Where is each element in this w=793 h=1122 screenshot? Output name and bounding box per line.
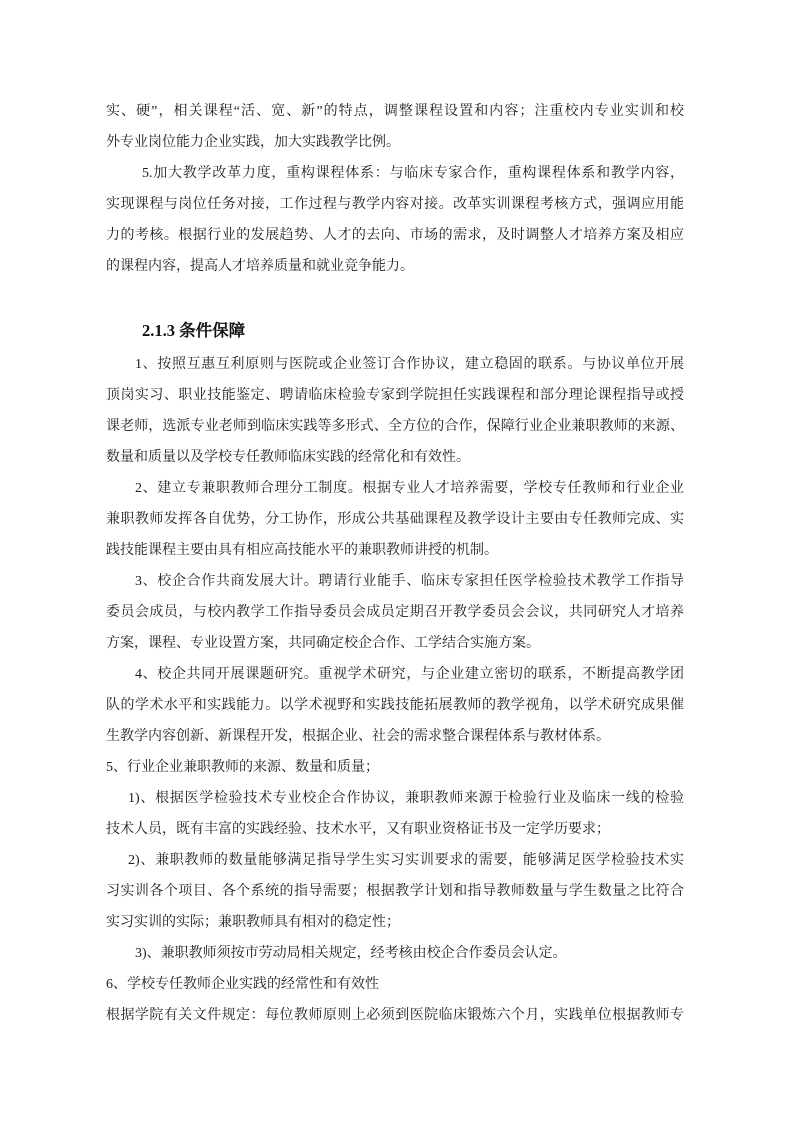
text-line: 习实训各个项目、各个系统的指导需要；根据教学计划和指导教师数量与学生数量之比符合 — [106, 876, 684, 907]
paragraph: 2)、兼职教师的数量能够满足指导学生实习实训要求的需要，能够满足医学检验技术实习… — [106, 845, 684, 938]
text-line: 5.加大教学改革力度，重构课程体系：与临床专家合作，重构课程体系和教学内容， — [106, 158, 684, 189]
text-line: 生教学内容创新、新课程开发，根据企业、社会的需求整合课程体系与教材体系。 — [106, 721, 684, 752]
text-line: 实现课程与岗位任务对接，工作过程与教学内容对接。改革实训课程考核方式，强调应用能 — [106, 189, 684, 220]
paragraph: 根据学院有关文件规定：每位教师原则上必须到医院临床锻炼六个月，实践单位根据教师专 — [106, 1000, 684, 1031]
text-line: 2、建立专兼职教师合理分工制度。根据专业人才培养需要，学校专任教师和行业企业 — [106, 473, 684, 504]
text-line: 外专业岗位能力企业实践，加大实践教学比例。 — [106, 127, 684, 158]
text-line: 实习实训的实际；兼职教师具有相对的稳定性； — [106, 907, 684, 938]
text-line: 队的学术水平和实践能力。以学术视野和实践技能拓展教师的教学视角，以学术研究成果催 — [106, 690, 684, 721]
text-line: 1、按照互惠互利原则与医院或企业签订合作协议，建立稳固的联系。与协议单位开展 — [106, 349, 684, 380]
text-line: 3)、兼职教师须按市劳动局相关规定，经考核由校企合作委员会认定。 — [106, 938, 684, 969]
document-page: 实、硬”，相关课程“活、宽、新”的特点，调整课程设置和内容；注重校内专业实训和校… — [0, 0, 793, 1122]
paragraph: 3、校企合作共商发展大计。聘请行业能手、临床专家担任医学检验技术教学工作指导委员… — [106, 566, 684, 659]
paragraph: 1、按照互惠互利原则与医院或企业签订合作协议，建立稳固的联系。与协议单位开展顶岗… — [106, 349, 684, 473]
paragraph: 5.加大教学改革力度，重构课程体系：与临床专家合作，重构课程体系和教学内容，实现… — [106, 158, 684, 282]
text-line: 5、行业企业兼职教师的来源、数量和质量； — [106, 752, 684, 783]
text-line: 4、校企共同开展课题研究。重视学术研究，与企业建立密切的联系，不断提高教学团 — [106, 659, 684, 690]
paragraph: 5、行业企业兼职教师的来源、数量和质量； — [106, 752, 684, 783]
text-line: 方案，课程、专业设置方案，共同确定校企合作、工学结合实施方案。 — [106, 628, 684, 659]
paragraph: 2、建立专兼职教师合理分工制度。根据专业人才培养需要，学校专任教师和行业企业兼职… — [106, 473, 684, 566]
text-line: 践技能课程主要由具有相应高技能水平的兼职教师讲授的机制。 — [106, 535, 684, 566]
text-line: 兼职教师发挥各自优势，分工协作，形成公共基础课程及教学设计主要由专任教师完成、实 — [106, 504, 684, 535]
text-line: 根据学院有关文件规定：每位教师原则上必须到医院临床锻炼六个月，实践单位根据教师专 — [106, 1000, 684, 1031]
text-line: 课老师，选派专业老师到临床实践等多形式、全方位的合作，保障行业企业兼职教师的来源… — [106, 411, 684, 442]
paragraph: 3)、兼职教师须按市劳动局相关规定，经考核由校企合作委员会认定。 — [106, 938, 684, 969]
text-line: 的课程内容，提高人才培养质量和就业竞争能力。 — [106, 251, 684, 282]
paragraph: 1)、根据医学检验技术专业校企合作协议，兼职教师来源于检验行业及临床一线的检验技… — [106, 783, 684, 845]
paragraph: 4、校企共同开展课题研究。重视学术研究，与企业建立密切的联系，不断提高教学团队的… — [106, 659, 684, 752]
text-line: 3、校企合作共商发展大计。聘请行业能手、临床专家担任医学检验技术教学工作指导 — [106, 566, 684, 597]
text-line: 顶岗实习、职业技能鉴定、聘请临床检验专家到学院担任实践课程和部分理论课程指导或授 — [106, 380, 684, 411]
text-content: 实、硬”，相关课程“活、宽、新”的特点，调整课程设置和内容；注重校内专业实训和校… — [106, 96, 684, 1031]
paragraph: 实、硬”，相关课程“活、宽、新”的特点，调整课程设置和内容；注重校内专业实训和校… — [106, 96, 684, 158]
text-line: 技术人员，既有丰富的实践经验、技术水平，又有职业资格证书及一定学历要求； — [106, 814, 684, 845]
text-line: 委员会成员，与校内教学工作指导委员会成员定期召开教学委员会会议，共同研究人才培养 — [106, 597, 684, 628]
text-line: 实、硬”，相关课程“活、宽、新”的特点，调整课程设置和内容；注重校内专业实训和校 — [106, 96, 684, 127]
text-line: 力的考核。根据行业的发展趋势、人才的去向、市场的需求，及时调整人才培养方案及相应 — [106, 220, 684, 251]
text-line: 2)、兼职教师的数量能够满足指导学生实习实训要求的需要，能够满足医学检验技术实 — [106, 845, 684, 876]
text-line: 6、学校专任教师企业实践的经常性和有效性 — [106, 969, 684, 1000]
section-heading: 2.1.3 条件保障 — [106, 313, 684, 349]
text-line: 1)、根据医学检验技术专业校企合作协议，兼职教师来源于检验行业及临床一线的检验 — [106, 783, 684, 814]
blank-line — [106, 282, 684, 313]
paragraph: 6、学校专任教师企业实践的经常性和有效性 — [106, 969, 684, 1000]
text-line: 数量和质量以及学校专任教师临床实践的经常化和有效性。 — [106, 442, 684, 473]
